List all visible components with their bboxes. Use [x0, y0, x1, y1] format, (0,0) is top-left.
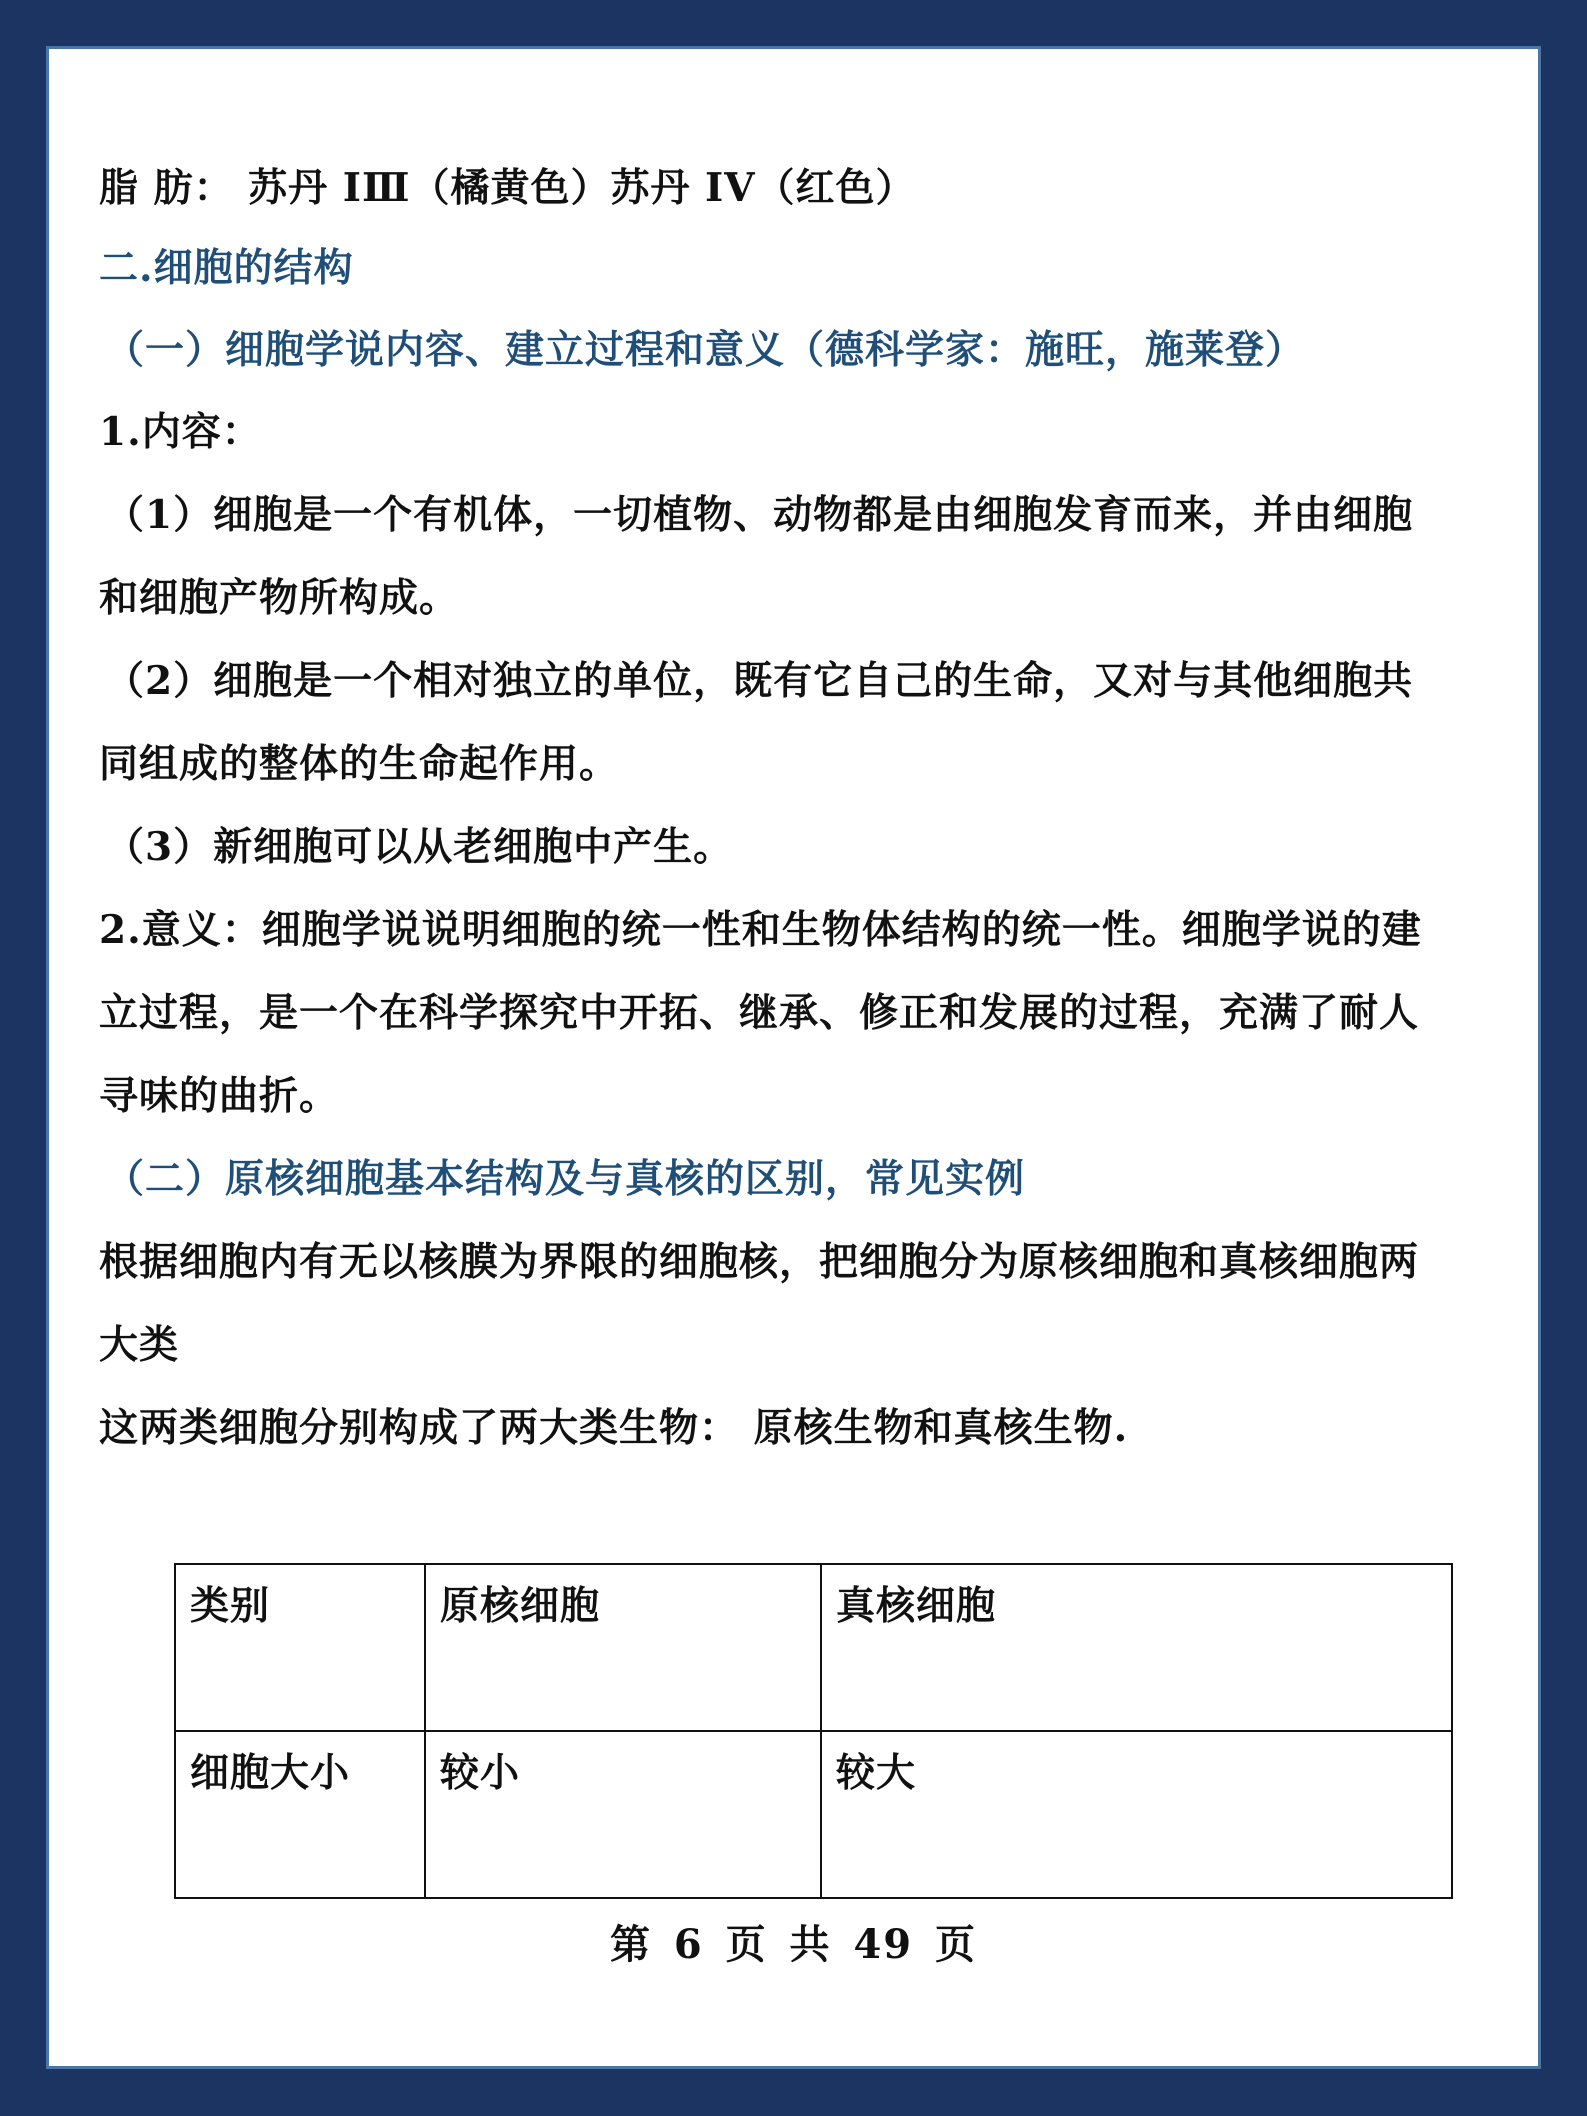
- document-page: 脂 肪： 苏丹 IⅢ（橘黄色）苏丹 IV（红色） 二.细胞的结构 （一）细胞学说…: [46, 46, 1541, 2069]
- table-cell-eukaryote: 较大: [821, 1731, 1452, 1898]
- table-header-eukaryote: 真核细胞: [821, 1564, 1452, 1731]
- point-2-line-2: 同组成的整体的生命起作用。: [99, 745, 619, 784]
- table-header-category: 类别: [175, 1564, 425, 1731]
- subsection-2-title: （二）原核细胞基本结构及与真核的区别，常见实例: [105, 1160, 1025, 1199]
- subsection-1-title: （一）细胞学说内容、建立过程和意义（德科学家：施旺，施莱登）: [105, 331, 1305, 370]
- table-cell-attribute: 细胞大小: [175, 1731, 425, 1898]
- meaning-line-1: 2.意义：细胞学说说明细胞的统一性和生物体结构的统一性。细胞学说的建: [99, 911, 1422, 950]
- point-2-line-1: （2）细胞是一个相对独立的单位，既有它自己的生命，又对与其他细胞共: [105, 662, 1413, 701]
- content-label: 1.内容：: [99, 413, 262, 452]
- point-1-line-1: （1）细胞是一个有机体，一切植物、动物都是由细胞发育而来，并由细胞: [105, 496, 1413, 535]
- classification-line-1: 根据细胞内有无以核膜为界限的细胞核，把细胞分为原核细胞和真核细胞两: [99, 1243, 1419, 1282]
- page-number: 第 6 页 共 49 页: [0, 1925, 1587, 1965]
- classification-line-2: 大类: [99, 1326, 179, 1365]
- point-1-line-2: 和细胞产物所构成。: [99, 579, 459, 618]
- meaning-line-3: 寻味的曲折。: [99, 1077, 339, 1116]
- organisms-line: 这两类细胞分别构成了两大类生物： 原核生物和真核生物.: [99, 1409, 1128, 1448]
- table-header-prokaryote: 原核细胞: [425, 1564, 821, 1731]
- meaning-line-2: 立过程，是一个在科学探究中开拓、继承、修正和发展的过程，充满了耐人: [99, 994, 1419, 1033]
- table-header-row: 类别 原核细胞 真核细胞: [175, 1564, 1452, 1731]
- section-title: 二.细胞的结构: [99, 249, 354, 288]
- table-row: 细胞大小 较小 较大: [175, 1731, 1452, 1898]
- cell-comparison-table: 类别 原核细胞 真核细胞 细胞大小 较小 较大: [174, 1563, 1453, 1899]
- point-3: （3）新细胞可以从老细胞中产生。: [105, 828, 733, 867]
- fat-stain-line: 脂 肪： 苏丹 IⅢ（橘黄色）苏丹 IV（红色）: [99, 169, 916, 208]
- table-cell-prokaryote: 较小: [425, 1731, 821, 1898]
